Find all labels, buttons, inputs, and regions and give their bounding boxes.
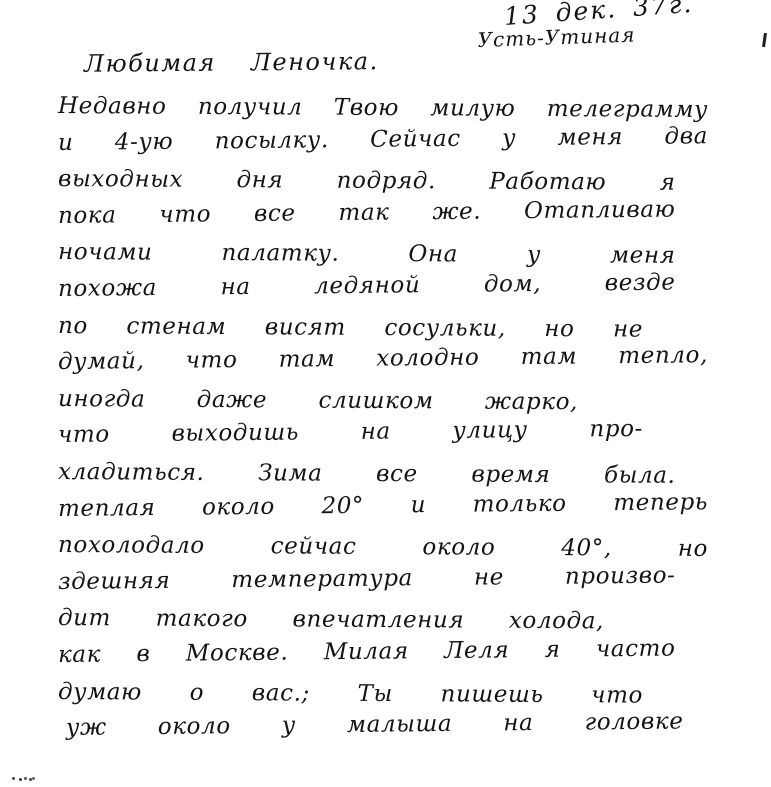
letter-body: Любимая Леночка. Недавно получил Твою ми… [58,46,708,747]
letter-line: и 4-ую посылку. Сейчас у меня два [58,118,708,161]
letter-line: думай, что там холодно там тепло, [58,337,708,380]
letter-line: похожа на ледяной дом, везде [58,265,676,308]
letter-line: что выходишь на улицу про- [58,411,643,454]
scan-artifact-edge-mark [762,33,767,47]
letter-line: как в Москве. Милая Леля я часто [58,630,676,673]
letter-line: пока что все так же. Отапливаю [58,191,676,234]
letter-line: здешняя температура не произво- [58,557,676,600]
letter-line: уж около у малыша на головке [58,704,684,747]
letter-page: 13 дек. 37г. Усть-Утиная Любимая Леночка… [0,0,771,787]
scan-artifact-speckles [12,777,15,780]
letter-line: теплая около 20° и только теперь [58,484,708,527]
letter-salutation: Любимая Леночка. [58,40,708,88]
